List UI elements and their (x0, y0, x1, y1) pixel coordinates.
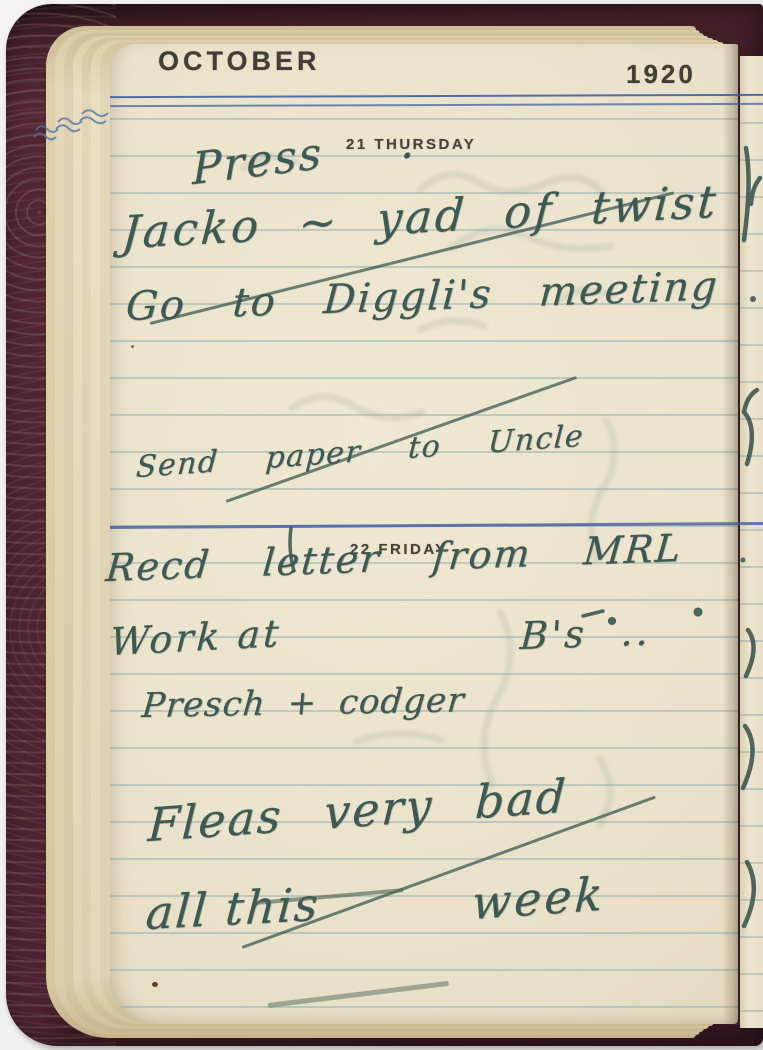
foxing-speck (152, 982, 158, 987)
foxing-speck (131, 345, 134, 348)
month-heading: OCTOBER (158, 46, 321, 77)
handwriting-line: Presch + codger (140, 680, 466, 726)
diary-photo: OCTOBER 1920 21 THURSDAY Press . Jacko ~… (0, 0, 763, 1050)
handwriting-line: Work at (109, 611, 283, 664)
diary-right-page-edge (740, 56, 763, 1028)
handwriting-line: B's .. (519, 609, 652, 658)
ruled-lines (740, 122, 763, 1022)
page-gutter (722, 44, 740, 1026)
handwriting-line: week (471, 867, 607, 931)
handwriting-line: all this (144, 877, 321, 940)
header-double-rule (110, 94, 763, 107)
year-heading: 1920 (626, 59, 696, 90)
